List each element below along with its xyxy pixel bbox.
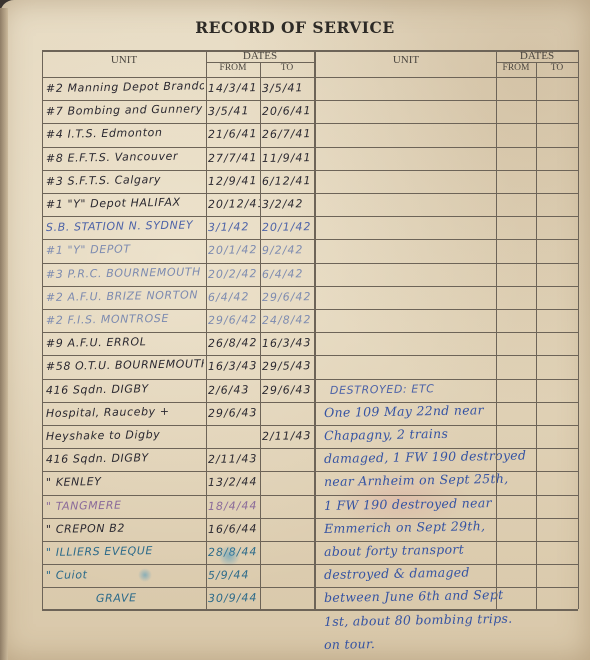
right-to-header: TO <box>536 63 578 73</box>
to-date-cell <box>262 499 314 500</box>
left-from-header: FROM <box>206 63 260 73</box>
unit-cell: #7 Bombing and Gunnery Paulson MAN. <box>46 102 204 118</box>
ruled-line <box>42 147 578 148</box>
to-date-cell: 6/4/42 <box>262 267 314 281</box>
to-date-cell: 29/6/43 <box>262 383 314 397</box>
notes-line: about forty transport <box>324 542 464 559</box>
from-date-cell: 20/12/41 <box>208 197 260 211</box>
unit-cell: Hospital, Rauceby + <box>46 404 204 420</box>
ruled-line <box>42 471 578 472</box>
unit-cell: " Cuiot <box>46 566 204 582</box>
unit-cell: #2 A.F.U. BRIZE NORTON <box>46 288 204 304</box>
from-date-cell: 5/9/44 <box>208 568 260 582</box>
unit-cell: #2 Manning Depot Brandon <box>46 79 204 95</box>
ruled-line <box>42 216 578 217</box>
to-date-cell: 2/11/43 <box>262 429 314 443</box>
from-date-cell: 29/6/43 <box>208 406 260 420</box>
column-rule <box>578 50 579 609</box>
to-date-cell: 3/5/41 <box>262 81 314 95</box>
to-date-cell: 20/6/41 <box>262 104 314 118</box>
ruled-line <box>42 402 578 403</box>
unit-cell: GRAVE <box>96 591 204 606</box>
ruled-line <box>42 77 578 78</box>
unit-cell: #1 "Y" Depot HALIFAX <box>46 195 204 211</box>
unit-cell: S.B. STATION N. SYDNEY <box>46 218 204 234</box>
unit-cell: " TANGMERE <box>46 497 204 513</box>
to-date-cell: 9/2/42 <box>262 243 314 257</box>
to-date-cell <box>262 545 314 546</box>
from-date-cell: 3/1/42 <box>208 220 260 234</box>
unit-cell: #3 S.F.T.S. Calgary <box>46 172 204 188</box>
ruled-line <box>42 239 578 240</box>
to-date-cell <box>262 522 314 523</box>
from-date-cell: 2/11/43 <box>208 452 260 466</box>
from-date-cell: 18/4/44 <box>208 499 260 513</box>
to-date-cell <box>262 452 314 453</box>
to-date-cell: 3/2/42 <box>262 197 314 211</box>
notes-line: destroyed & damaged <box>324 565 470 583</box>
unit-cell: #9 A.F.U. ERROL <box>46 334 204 350</box>
from-date-cell: 27/7/41 <box>208 151 260 165</box>
ruled-line <box>42 123 578 124</box>
unit-cell: #1 "Y" DEPOT <box>46 242 204 258</box>
ruled-line <box>496 62 578 63</box>
notes-line: 1st, about 80 bombing trips. <box>324 610 513 628</box>
notes-line: Chapagny, 2 trains <box>324 426 448 443</box>
unit-cell: " KENLEY <box>46 474 204 490</box>
ruled-line <box>42 286 578 287</box>
to-date-cell: 24/8/42 <box>262 313 314 327</box>
from-date-cell: 20/1/42 <box>208 243 260 257</box>
from-date-cell: 30/9/44 <box>208 591 260 605</box>
column-rule <box>42 50 43 609</box>
column-rule <box>206 50 207 609</box>
ruled-line <box>42 100 578 101</box>
from-date-cell: 6/4/42 <box>208 290 260 304</box>
page-title: RECORD OF SERVICE <box>0 18 590 37</box>
left-to-header: TO <box>260 63 314 73</box>
from-date-cell: 29/6/42 <box>208 313 260 327</box>
notes-heading: DESTROYED: ETC <box>330 382 435 397</box>
notes-line: on tour. <box>324 636 375 652</box>
ruled-line <box>42 170 578 171</box>
ruled-line <box>42 518 578 519</box>
ruled-line <box>42 609 578 611</box>
ruled-line <box>42 309 578 310</box>
unit-cell: #3 P.R.C. BOURNEMOUTH <box>46 265 204 281</box>
column-rule <box>260 62 261 609</box>
from-date-cell: 20/2/42 <box>208 267 260 281</box>
logbook-page: RECORD OF SERVICE UNIT DATES FROM TO UNI… <box>0 0 590 660</box>
to-date-cell <box>262 406 314 407</box>
unit-cell: #4 I.T.S. Edmonton <box>46 126 204 142</box>
service-ledger-table: UNIT DATES FROM TO UNIT DATES FROM TO #2… <box>42 50 578 610</box>
ruled-line <box>42 193 578 194</box>
notes-line: 1 FW 190 destroyed near <box>324 495 492 513</box>
to-date-cell: 26/7/41 <box>262 127 314 141</box>
ruled-line <box>42 564 578 565</box>
ruled-line <box>42 379 578 380</box>
from-date-cell: 26/8/42 <box>208 336 260 350</box>
to-date-cell: 6/12/41 <box>262 174 314 188</box>
to-date-cell <box>262 475 314 476</box>
left-unit-header: UNIT <box>42 54 206 66</box>
ruled-line <box>42 263 578 264</box>
ruled-line <box>42 355 578 356</box>
from-date-cell: 13/2/44 <box>208 475 260 489</box>
column-rule <box>496 50 497 609</box>
notes-line: Emmerich on Sept 29th, <box>324 518 486 536</box>
unit-cell: " ILLIERS EVEQUE <box>46 543 204 559</box>
from-date-cell: 16/6/44 <box>208 522 260 536</box>
notes-line: One 109 May 22nd near <box>324 402 484 420</box>
unit-cell: #2 F.I.S. MONTROSE <box>46 311 204 327</box>
to-date-cell: 20/1/42 <box>262 220 314 234</box>
unit-cell: #8 E.F.T.S. Vancouver <box>46 149 204 165</box>
from-date-cell: 2/6/43 <box>208 383 260 397</box>
to-date-cell: 11/9/41 <box>262 151 314 165</box>
from-date-cell: 14/3/41 <box>208 81 260 95</box>
to-date-cell <box>262 591 314 592</box>
from-date-cell <box>208 429 260 430</box>
unit-cell: Heyshake to Digby <box>46 427 204 443</box>
right-from-header: FROM <box>496 63 536 73</box>
ruled-line <box>42 50 578 52</box>
from-date-cell: 3/5/41 <box>208 104 260 118</box>
to-date-cell: 29/6/42 <box>262 290 314 304</box>
ink-blot <box>138 568 152 582</box>
notes-line: near Arnheim on Sept 25th, <box>324 471 509 489</box>
ruled-line <box>42 332 578 333</box>
to-date-cell: 16/3/43 <box>262 336 314 350</box>
from-date-cell: 12/9/41 <box>208 174 260 188</box>
ruled-line <box>42 425 578 426</box>
ruled-line <box>42 495 578 496</box>
unit-cell: 416 Sqdn. DIGBY <box>46 450 204 466</box>
to-date-cell: 29/5/43 <box>262 359 314 373</box>
column-rule <box>314 50 316 609</box>
ruled-line <box>42 587 578 588</box>
notes-line: between June 6th and Sept <box>324 587 504 605</box>
from-date-cell: 16/3/43 <box>208 359 260 373</box>
page-binding-edge <box>0 8 8 660</box>
ruled-line <box>42 541 578 542</box>
from-date-cell: 21/6/41 <box>208 127 260 141</box>
to-date-cell <box>262 568 314 569</box>
unit-cell: 416 Sqdn. DIGBY <box>46 381 204 397</box>
unit-cell: " CREPON B2 <box>46 520 204 536</box>
ruled-line <box>42 448 578 449</box>
right-unit-header: UNIT <box>316 54 496 66</box>
unit-cell: #58 O.T.U. BOURNEMOUTH <box>46 358 204 374</box>
column-rule <box>536 62 537 609</box>
